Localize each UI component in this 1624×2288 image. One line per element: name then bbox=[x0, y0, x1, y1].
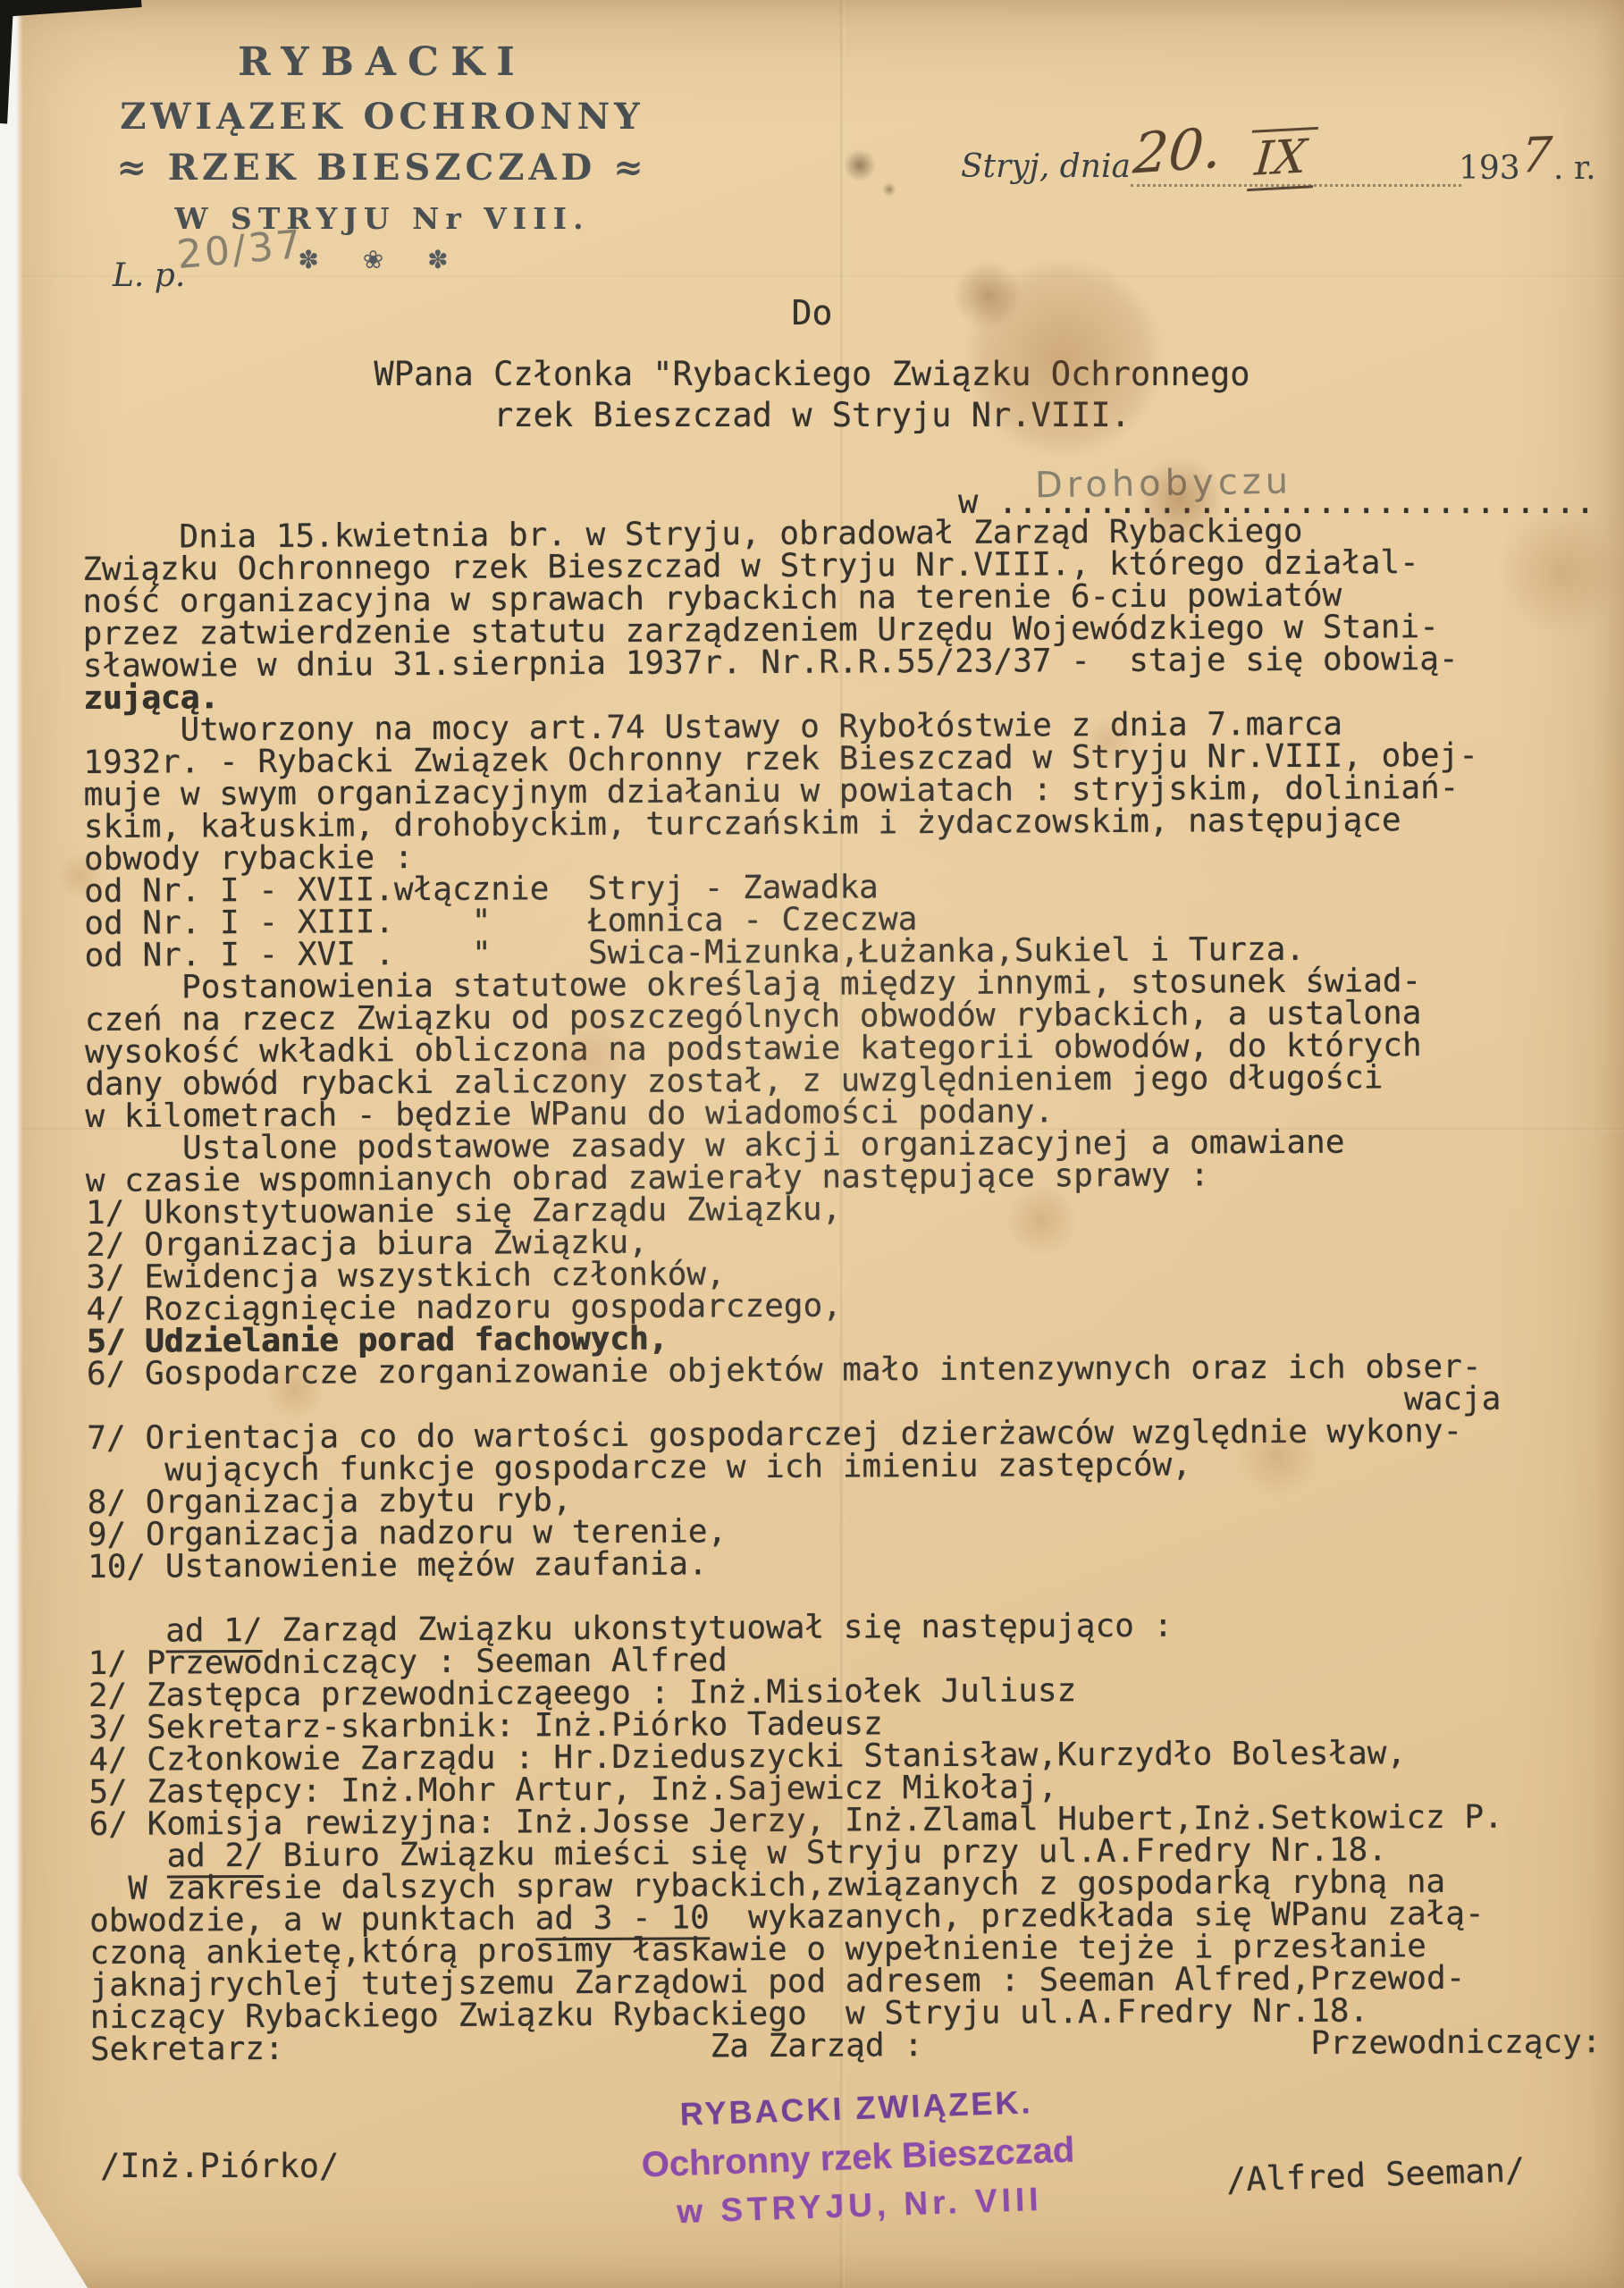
letterhead-line3: ≈ RZEK BIESZCZAD ≈ bbox=[107, 147, 657, 189]
dateline-place-label: Stryj, dnia bbox=[961, 148, 1131, 185]
letterhead-line2: ZWIĄZEK OCHRONNY bbox=[107, 96, 657, 138]
recipient-address: WPana Członka "Rybackiego Związku Ochron… bbox=[0, 354, 1624, 436]
recipient-line1: WPana Członka "Rybackiego Związku Ochron… bbox=[0, 354, 1624, 395]
horizontal-fold-crease-top bbox=[0, 275, 1624, 279]
typed-body: Dnia 15.kwietnia br. w Stryju, obradował… bbox=[82, 514, 1610, 2066]
paper-sheet: RYBACKI ZWIĄZEK OCHRONNY ≈ RZEK BIESZCZA… bbox=[0, 0, 1624, 2288]
typed-line: sławowie w dniu 31.sierpnia 1937r. Nr.R.… bbox=[83, 643, 1603, 683]
organization-stamp: RYBACKI ZWIĄZEK. Ochronny rzek Bieszczad… bbox=[543, 2079, 1174, 2235]
letterhead-line1: RYBACKI bbox=[107, 39, 657, 85]
stamp-line1: RYBACKI ZWIĄZEK. bbox=[543, 2079, 1170, 2138]
recipient-line2: rzek Bieszczad w Stryju Nr.VIII. bbox=[0, 395, 1624, 436]
typed-line: Sekretarz: Za Zarząd : Przewodniczący: bbox=[90, 2026, 1610, 2066]
handwritten-day: 20. bbox=[1132, 114, 1224, 186]
president-signature: /Alfred Seeman/ bbox=[1225, 2150, 1525, 2200]
document-scan: RYBACKI ZWIĄZEK OCHRONNY ≈ RZEK BIESZCZA… bbox=[0, 0, 1624, 2288]
secretary-signature: /Inż.Piórko/ bbox=[100, 2147, 339, 2185]
scanner-corner-white bbox=[16, 2172, 88, 2288]
dateline: Stryj, dnia 20. IX 193 7 . r. bbox=[938, 130, 1600, 247]
reference-number-label: L. p. bbox=[113, 257, 185, 294]
scanner-edge-white bbox=[0, 0, 23, 2288]
salutation-do: Do bbox=[0, 293, 1624, 332]
year-printed-suffix: . r. bbox=[1553, 150, 1596, 187]
recipient-city-handwritten: Drohobyczu bbox=[1035, 460, 1293, 506]
typed-line: skim, kałuskim, drohobyckim, turczańskim… bbox=[84, 803, 1603, 844]
handwritten-year-digit: 7 bbox=[1519, 126, 1554, 183]
handwritten-month: IX bbox=[1247, 127, 1317, 191]
year-printed-prefix: 193 bbox=[1459, 150, 1520, 187]
